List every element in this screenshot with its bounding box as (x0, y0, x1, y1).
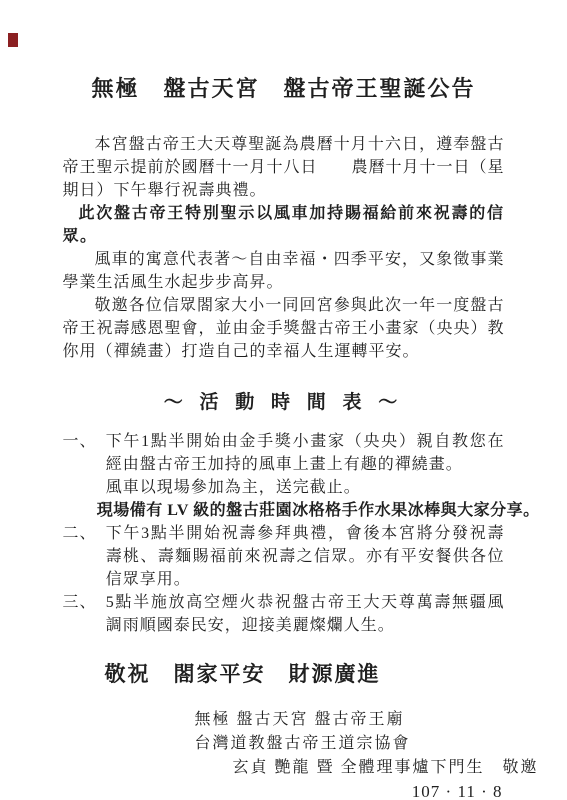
intro-paragraph: 本宮盤古帝王大天尊聖誕為農曆十月十六日，遵奉盤古帝王聖示提前於國曆十一月十八日 … (63, 133, 505, 202)
schedule-item-3-text: 5點半施放高空煙火恭祝盤古帝王大天尊萬壽無疆風調雨順國泰民安，迎接美麗燦爛人生。 (106, 591, 505, 637)
blessing-line: 敬祝 閤家平安 財源廣進 (63, 637, 505, 686)
schedule-item-1-subline: 風車以現場參加為主，送完截止。 (106, 476, 505, 499)
schedule-item-1: 一、 下午1點半開始由金手獎小畫家（央央）親自教您在經由盤古帝王加持的風車上畫上… (63, 430, 505, 522)
document-page: 無極 盤古天宮 盤古帝王聖誕公告 本宮盤古帝王大天尊聖誕為農曆十月十六日，遵奉盤… (0, 0, 567, 800)
signature-association: 台灣道教盤古帝王道宗協會 (63, 732, 505, 756)
signature-inviters: 玄貞 艷龍 暨 全體理事爐下門生 敬邀 (63, 756, 505, 780)
schedule-item-2: 二、 下午3點半開始祝壽參拜典禮，會後本宮將分發祝壽壽桃、壽麵賜福前來祝壽之信眾… (63, 522, 505, 591)
schedule-item-2-text: 下午3點半開始祝壽參拜典禮，會後本宮將分發祝壽壽桃、壽麵賜福前來祝壽之信眾。亦有… (106, 522, 505, 591)
red-stamp (8, 33, 18, 47)
page-title: 無極 盤古天宮 盤古帝王聖誕公告 (0, 0, 567, 103)
schedule-item-3: 三、 5點半施放高空煙火恭祝盤古帝王大天尊萬壽無疆風調雨順國泰民安，迎接美麗燦爛… (63, 591, 505, 637)
signature-temple: 無極 盤古天宮 盤古帝王廟 (63, 708, 505, 732)
schedule-item-1-lv-note: 現場備有 LV 級的盤古莊園冰格格手作水果冰棒與大家分享。 (97, 499, 505, 522)
schedule-item-1-marker: 一、 (63, 430, 97, 453)
schedule-item-2-marker: 二、 (63, 522, 97, 545)
special-notice-paragraph: 此次盤古帝王特別聖示以風車加持賜福給前來祝壽的信眾。 (63, 202, 505, 248)
schedule-heading: ～ 活 動 時 間 表 ～ (63, 363, 505, 430)
signature-block: 無極 盤古天宮 盤古帝王廟 台灣道教盤古帝王道宗協會 玄貞 艷龍 暨 全體理事爐… (63, 686, 505, 800)
invitation-paragraph: 敬邀各位信眾閤家大小一同回宮參與此次一年一度盤古帝王祝壽感恩聖會，並由金手獎盤古… (63, 294, 505, 363)
pinwheel-meaning-paragraph: 風車的寓意代表著～自由幸福・四季平安，又象徵事業學業生活風生水起步步高昇。 (63, 248, 505, 294)
signature-date: 107 · 11 · 8 (63, 780, 505, 800)
schedule-item-1-text: 下午1點半開始由金手獎小畫家（央央）親自教您在經由盤古帝王加持的風車上畫上有趣的… (106, 430, 505, 476)
schedule-item-3-marker: 三、 (63, 591, 97, 614)
document-body: 本宮盤古帝王大天尊聖誕為農曆十月十六日，遵奉盤古帝王聖示提前於國曆十一月十八日 … (63, 133, 505, 800)
